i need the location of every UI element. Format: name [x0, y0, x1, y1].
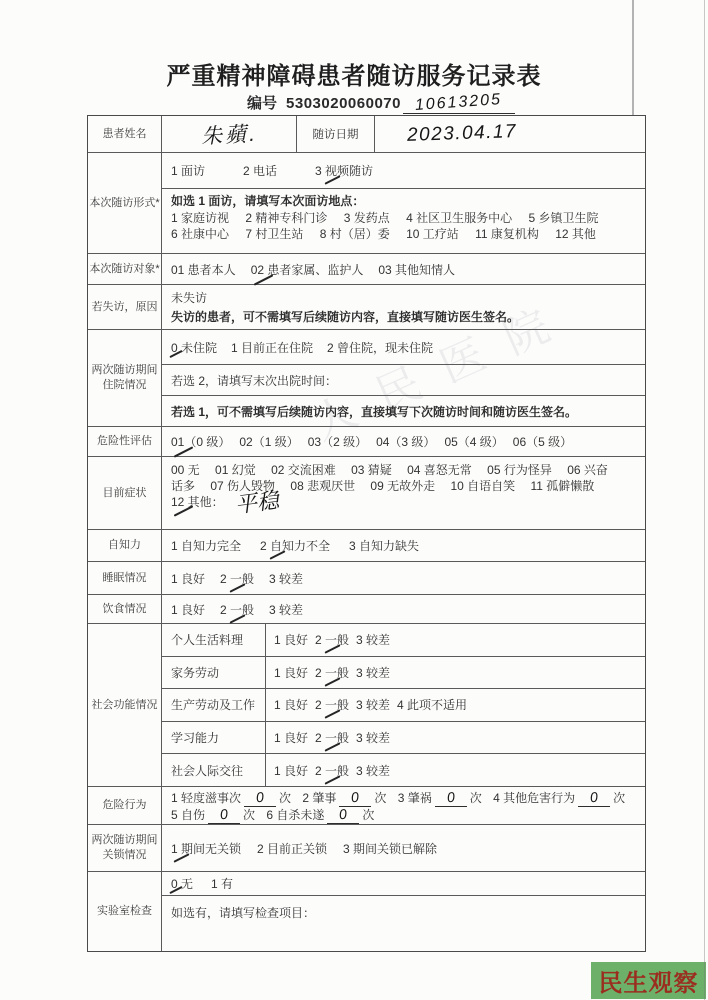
social-subrow-label: 学习能力: [162, 722, 266, 754]
row-label: 社会功能情况: [88, 624, 162, 786]
date-label-cell: 随访日期: [296, 116, 374, 152]
handwritten-patient-name: 朱蘋.: [200, 118, 258, 151]
option: 02 交流困难: [271, 463, 336, 477]
lost-note: 失访的患者，可不需填写后续随访内容，直接填写随访医生签名。: [171, 308, 641, 327]
danger-item: 1 轻度滋事次0次: [171, 791, 291, 805]
patient-name-cell: 朱蘋.: [162, 116, 296, 152]
table-row-lock-status: 两次随访期间 关锁情况 1 期间无关锁 2 目前正关锁 3 期间关锁已解除: [88, 824, 645, 871]
option: 2 目前正关锁: [257, 840, 327, 857]
option: 08 悲观厌世: [290, 479, 355, 493]
row-label: 实验室检查: [88, 872, 162, 951]
visit-location-title: 如选 1 面访，请填写本次面访地点：: [171, 194, 643, 210]
form-title: 严重精神障碍患者随访服务记录表: [0, 56, 708, 91]
handwritten-count: 0: [446, 792, 455, 803]
option: 1 目前正在住院: [231, 339, 313, 356]
serial-handwritten-number: 10613205: [415, 91, 503, 115]
option: 1 良好: [274, 729, 308, 746]
option-selected: 01（0 级）: [171, 433, 230, 450]
option: 话多: [171, 479, 195, 493]
count-blank: 0: [339, 790, 371, 807]
option: 2 电话: [243, 162, 277, 179]
option: 3 较差: [356, 664, 390, 681]
row-label: 自知力: [88, 530, 162, 561]
row-content: 0 无 1 有 如选有，请填写检查项目：: [162, 872, 645, 951]
option: 03 其他知情人: [378, 261, 455, 278]
symptom-options-line1: 00 无 01 幻觉 02 交流困难 03 猜疑 04 喜怒无常 05 行为怪异…: [171, 463, 643, 479]
row-label: 本次随访形式*: [88, 153, 162, 253]
row-label: 饮食情况: [88, 595, 162, 623]
social-subrow-options: 1 良好 2 一般 3 较差: [266, 722, 645, 754]
option-selected: 3 视频随访: [315, 162, 373, 179]
table-row-social-function: 社会功能情况 个人生活料理 1 良好 2 一般 3 较差 家务劳动 1 良好 2…: [88, 623, 645, 786]
hospitalization-options: 0 未住院 1 目前正在住院 2 曾住院，现未住院: [162, 330, 645, 364]
option: 1 家庭访视: [171, 211, 229, 225]
option: 1 良好: [171, 601, 205, 618]
option: 2 精神专科门诊: [245, 211, 327, 225]
hospitalization-note-1: 若选 1，可不需填写后续随访内容，直接填写下次随访时间和随访医生签名。: [162, 395, 645, 426]
option: 7 村卫生站: [245, 227, 303, 241]
row-label: 两次随访期间 关锁情况: [88, 825, 162, 871]
handwritten-visit-date: 2023.04.17: [407, 121, 518, 147]
social-subrow-label: 社会人际交往: [162, 754, 266, 786]
row-label: 本次随访对象*: [88, 254, 162, 284]
serial-blank-underline: 10613205: [403, 95, 515, 114]
option: 05（4 级）: [444, 433, 503, 450]
handwritten-count: 0: [351, 792, 360, 803]
hospitalization-note-2: 若选 2，请填写末次出院时间：: [162, 364, 645, 395]
visit-form-options: 1 面访 2 电话 3 视频随访: [162, 153, 645, 188]
count-blank: 0: [208, 807, 240, 824]
table-row-symptoms: 目前症状 00 无 01 幻觉 02 交流困难 03 猜疑 04 喜怒无常 05…: [88, 456, 645, 529]
row-content: 个人生活料理 1 良好 2 一般 3 较差 家务劳动 1 良好 2 一般 3 较…: [162, 624, 645, 786]
option: 4 此项不适用: [397, 696, 467, 713]
option: 1 自知力完全: [171, 537, 241, 554]
visit-location-options-line1: 1 家庭访视 2 精神专科门诊 3 发药点 4 社区卫生服务中心 5 乡镇卫生院: [171, 211, 643, 227]
row-content: 00 无 01 幻觉 02 交流困难 03 猜疑 04 喜怒无常 05 行为怪异…: [162, 457, 645, 529]
count-blank: 0: [578, 790, 610, 807]
option: 1 面访: [171, 162, 205, 179]
option: 06（5 级）: [513, 433, 572, 450]
option-selected: 2 一般: [315, 631, 349, 648]
danger-line1: 1 轻度滋事次0次 2 肇事0次 3 肇祸0次 4 其他危害行为0次: [171, 790, 643, 807]
row-content: 1 面访 2 电话 3 视频随访 如选 1 面访，请填写本次面访地点： 1 家庭…: [162, 153, 645, 253]
count-blank: 0: [327, 807, 359, 824]
row-content: 1 良好 2 一般 3 较差: [162, 562, 645, 594]
option-selected: 2 一般: [315, 696, 349, 713]
social-subrow-options: 1 良好 2 一般 3 较差: [266, 754, 645, 786]
row-content: 未失访 失访的患者，可不需填写后续随访内容，直接填写随访医生签名。: [162, 285, 645, 329]
table-row-insight: 自知力 1 自知力完全 2 自知力不全 3 自知力缺失: [88, 529, 645, 561]
row-content: 1 自知力完全 2 自知力不全 3 自知力缺失: [162, 530, 645, 561]
table-row-patient: 患者姓名 朱蘋. 随访日期 2023.04.17: [88, 116, 645, 152]
lab-note: 如选有，请填写检查项目：: [162, 895, 645, 951]
table-row-lost-reason: 若失访，原因 未失访 失访的患者，可不需填写后续随访内容，直接填写随访医生签名。: [88, 284, 645, 329]
option: 3 较差: [356, 631, 390, 648]
social-subrow-label: 个人生活料理: [162, 624, 266, 656]
option-selected: 0 无: [171, 875, 193, 892]
row-label: 睡眠情况: [88, 562, 162, 594]
option: 3 发药点: [344, 211, 390, 225]
option: 11 孤僻懒散: [530, 479, 594, 493]
option: 03（2 级）: [308, 433, 367, 450]
lab-options: 0 无 1 有: [162, 872, 645, 895]
table-row-visit-target: 本次随访对象* 01 患者本人 02 患者家属、监护人 03 其他知情人: [88, 253, 645, 284]
table-row-danger-behavior: 危险行为 1 轻度滋事次0次 2 肇事0次 3 肇祸0次 4 其他危害行为0次 …: [88, 786, 645, 824]
option: 1 有: [211, 875, 233, 892]
option: 1 良好: [171, 570, 205, 587]
table-row-sleep: 睡眠情况 1 良好 2 一般 3 较差: [88, 561, 645, 594]
option: 04 喜怒无常: [407, 463, 472, 477]
handwritten-count: 0: [339, 809, 348, 820]
option: 3 自知力缺失: [349, 537, 419, 554]
form-table: 患者姓名 朱蘋. 随访日期 2023.04.17 本次随访形式* 1 面访 2 …: [87, 115, 646, 952]
option-selected: 2 一般: [220, 570, 254, 587]
option-selected: 2 自知力不全: [260, 537, 330, 554]
count-blank: 0: [244, 790, 276, 807]
social-subrow: 生产劳动及工作 1 良好 2 一般 3 较差 4 此项不适用: [162, 688, 645, 721]
danger-item: 2 肇事0次: [302, 791, 386, 805]
count-blank: 0: [435, 790, 467, 807]
row-content: 01 患者本人 02 患者家属、监护人 03 其他知情人: [162, 254, 645, 284]
row-label: 危险行为: [88, 787, 162, 824]
option-selected: 2 一般: [315, 729, 349, 746]
corner-badge: 民生观察: [591, 962, 706, 999]
handwritten-count: 0: [256, 792, 265, 803]
row-label: 两次随访期间 住院情况: [88, 330, 162, 426]
option: 01 幻觉: [215, 463, 256, 477]
visit-form-locations: 如选 1 面访，请填写本次面访地点： 1 家庭访视 2 精神专科门诊 3 发药点…: [162, 188, 645, 253]
option: 1 良好: [274, 664, 308, 681]
row-label: 若失访，原因: [88, 285, 162, 329]
social-subrow-label: 家务劳动: [162, 657, 266, 689]
option: 06 兴奋: [567, 463, 608, 477]
option: 1 良好: [274, 762, 308, 779]
option: 5 乡镇卫生院: [528, 211, 598, 225]
danger-item: 3 肇祸0次: [398, 791, 482, 805]
social-subrow-options: 1 良好 2 一般 3 较差: [266, 624, 645, 656]
option: 3 较差: [356, 696, 390, 713]
option: 11 康复机构: [475, 227, 539, 241]
row-label: 目前症状: [88, 457, 162, 529]
option: 03 猜疑: [351, 463, 392, 477]
option: 02（1 级）: [239, 433, 298, 450]
option-selected: 2 一般: [315, 664, 349, 681]
row-content: 1 期间无关锁 2 目前正关锁 3 期间关锁已解除: [162, 825, 645, 871]
option: 6 社康中心: [171, 227, 229, 241]
option-selected: 0 未住院: [171, 339, 217, 356]
scan-artifact-line: [704, 0, 706, 1000]
option-selected: 2 一般: [315, 762, 349, 779]
option: 3 较差: [269, 601, 303, 618]
serial-printed-number: 5303020060070: [286, 95, 401, 112]
social-subrow-options: 1 良好 2 一般 3 较差 4 此项不适用: [266, 689, 645, 721]
row-content: 1 良好 2 一般 3 较差: [162, 595, 645, 623]
option: 09 无故外走: [370, 479, 435, 493]
visit-location-options-line2: 6 社康中心 7 村卫生站 8 村（居）委 10 工疗站 11 康复机构 12 …: [171, 227, 643, 243]
date-value-cell: 2023.04.17: [374, 116, 645, 152]
option: 3 期间关锁已解除: [343, 840, 437, 857]
option: 3 较差: [356, 762, 390, 779]
table-row-lab-tests: 实验室检查 0 无 1 有 如选有，请填写检查项目：: [88, 871, 645, 951]
social-subrow: 学习能力 1 良好 2 一般 3 较差: [162, 721, 645, 754]
table-row-hospitalization: 两次随访期间 住院情况 0 未住院 1 目前正在住院 2 曾住院，现未住院 若选…: [88, 329, 645, 426]
row-content: 1 轻度滋事次0次 2 肇事0次 3 肇祸0次 4 其他危害行为0次 5 自伤0…: [162, 787, 645, 824]
row-content: 0 未住院 1 目前正在住院 2 曾住院，现未住院 若选 2，请填写末次出院时间…: [162, 330, 645, 426]
option: 1 良好: [274, 696, 308, 713]
serial-number-line: 编号530302006007010613205: [247, 92, 515, 114]
option-selected: 12 其他：: [171, 495, 224, 509]
option: 3 较差: [356, 729, 390, 746]
table-row-risk-assessment: 危险性评估 01（0 级） 02（1 级） 03（2 级） 04（3 级） 05…: [88, 426, 645, 456]
social-subrow-options: 1 良好 2 一般 3 较差: [266, 657, 645, 689]
option-selected: 1 期间无关锁: [171, 840, 241, 857]
social-subrow: 个人生活料理 1 良好 2 一般 3 较差: [162, 624, 645, 656]
scan-artifact-line: [632, 0, 634, 115]
serial-label: 编号: [247, 95, 277, 112]
option: 3 较差: [269, 570, 303, 587]
option-selected: 02 患者家属、监护人: [251, 261, 364, 278]
table-row-visit-form: 本次随访形式* 1 面访 2 电话 3 视频随访 如选 1 面访，请填写本次面访…: [88, 152, 645, 253]
social-subrow: 社会人际交往 1 良好 2 一般 3 较差: [162, 753, 645, 786]
option: 4 社区卫生服务中心: [406, 211, 512, 225]
option: 2 曾住院，现未住院: [327, 339, 433, 356]
lost-status: 未失访: [171, 289, 641, 308]
option: 10 工疗站: [406, 227, 459, 241]
danger-item: 5 自伤0次: [171, 808, 255, 822]
option: 8 村（居）委: [320, 227, 390, 241]
danger-line2: 5 自伤0次 6 自杀未遂0次: [171, 807, 643, 824]
danger-item: 6 自杀未遂0次: [266, 808, 374, 822]
row-content: 01（0 级） 02（1 级） 03（2 级） 04（3 级） 05（4 级） …: [162, 427, 645, 456]
symptom-other-line: 12 其他： 平稳: [171, 494, 643, 511]
row-label: 危险性评估: [88, 427, 162, 456]
option: 1 良好: [274, 631, 308, 648]
social-subrow-label: 生产劳动及工作: [162, 689, 266, 721]
option: 12 其他: [555, 227, 596, 241]
danger-item: 4 其他危害行为0次: [493, 791, 625, 805]
option: 04（3 级）: [376, 433, 435, 450]
handwritten-symptom-other: 平稳: [235, 495, 280, 510]
option: 05 行为怪异: [487, 463, 552, 477]
option: 00 无: [171, 463, 200, 477]
option-selected: 2 一般: [220, 601, 254, 618]
row-label: 患者姓名: [88, 116, 162, 152]
table-row-diet: 饮食情况 1 良好 2 一般 3 较差: [88, 594, 645, 623]
option: 10 自语自笑: [450, 479, 515, 493]
option: 01 患者本人: [171, 261, 236, 278]
handwritten-count: 0: [220, 809, 229, 820]
social-subrow: 家务劳动 1 良好 2 一般 3 较差: [162, 656, 645, 689]
handwritten-count: 0: [590, 792, 599, 803]
